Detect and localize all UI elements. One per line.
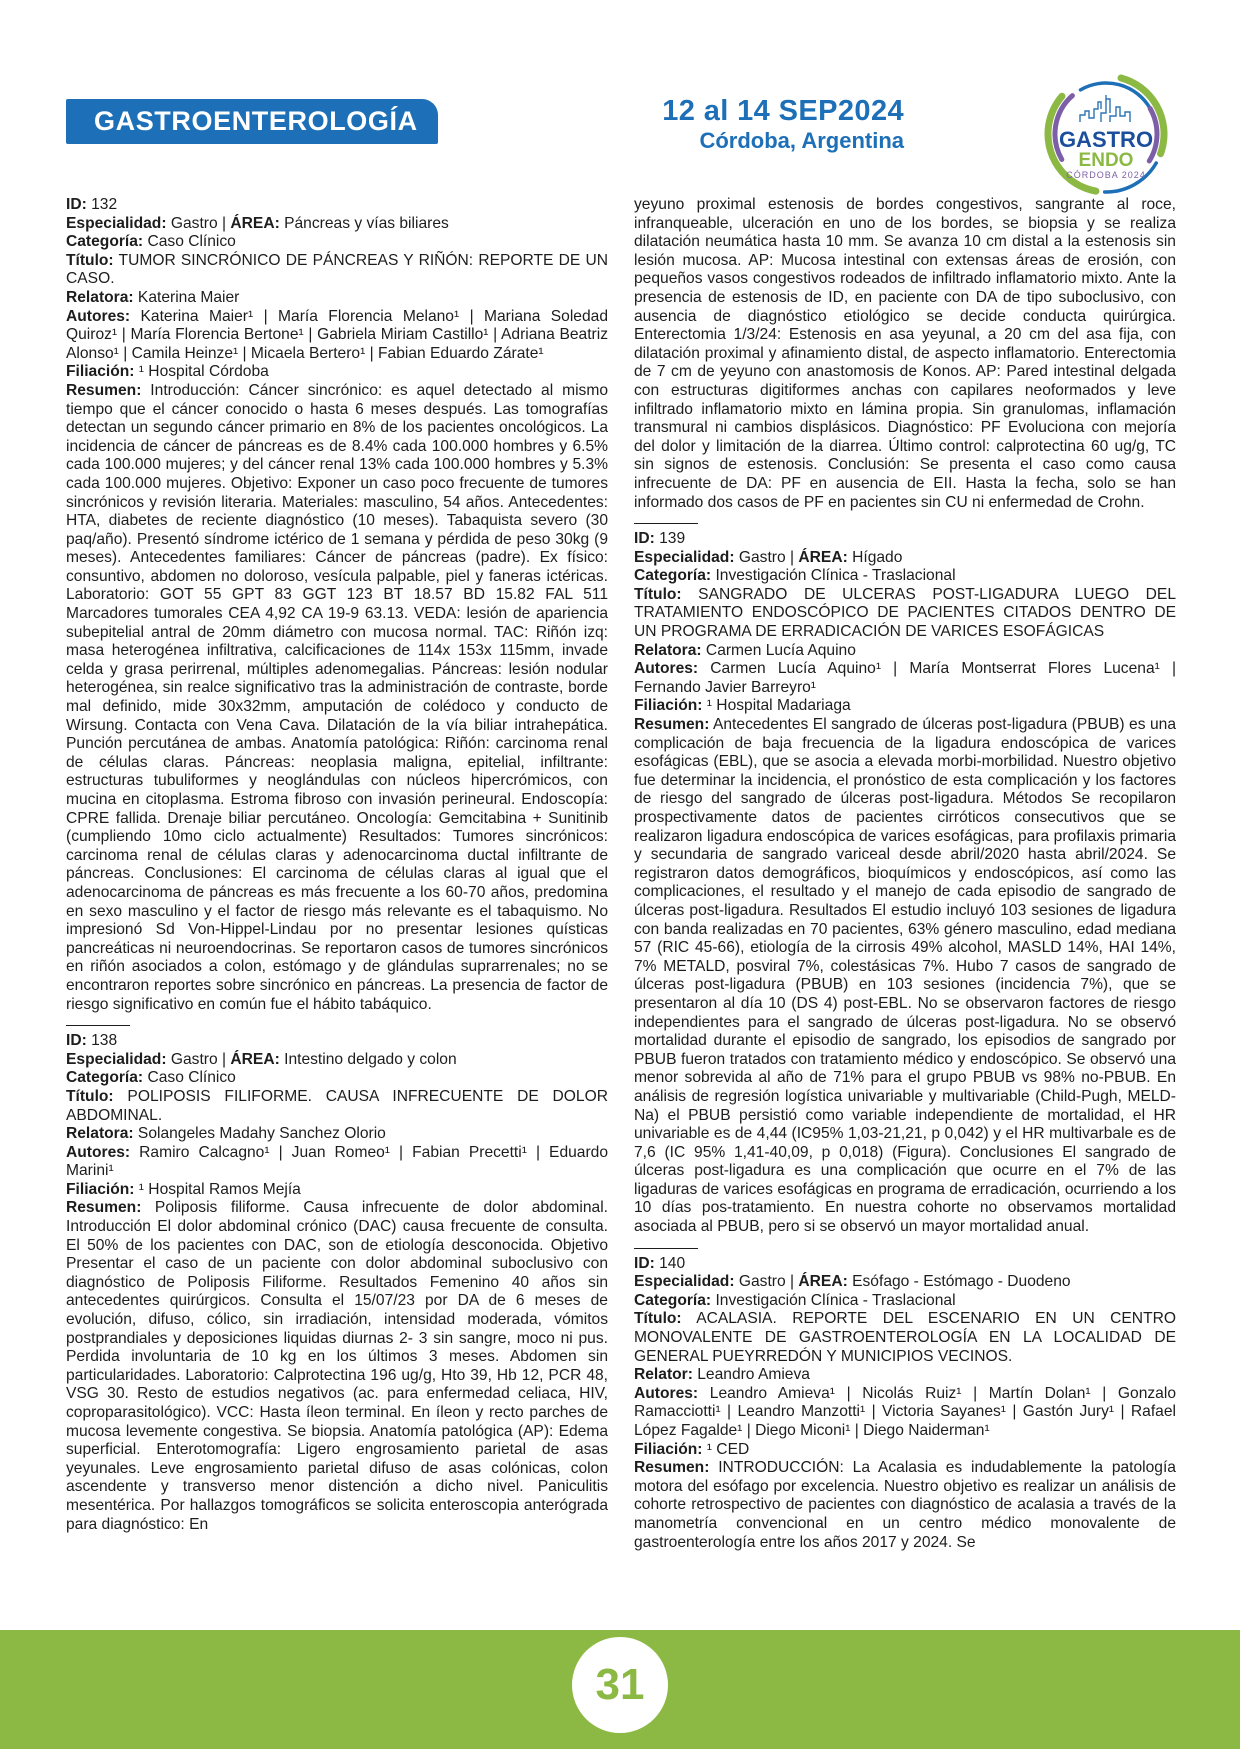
field-label: Filiación:	[634, 697, 702, 714]
abstract-139-paragraph: Categoría: Investigación Clínica - Trasl…	[634, 567, 1176, 586]
abstract-132-paragraph: Resumen: Introducción: Cáncer sincrónico…	[66, 382, 608, 1014]
text-run: Leandro Amieva	[693, 1366, 810, 1383]
text-run: 138	[87, 1032, 117, 1049]
text-run: Gastro |	[735, 1273, 799, 1290]
text-run: ¹ Hospital Córdoba	[134, 363, 268, 380]
text-run: Esófago - Estómago - Duodeno	[848, 1273, 1071, 1290]
field-label: Especialidad:	[66, 1051, 167, 1068]
text-run: Katerina Maier¹ | María Florencia Melano…	[66, 308, 608, 362]
abstract-140-paragraph: ID: 140	[634, 1255, 1176, 1274]
text-run: Antecedentes El sangrado de úlceras post…	[634, 716, 1176, 1235]
text-run: 140	[655, 1255, 685, 1272]
text-run: Carmen Lucía Aquino¹ | María Montserrat …	[634, 660, 1176, 696]
abstract-139-paragraph: Relatora: Carmen Lucía Aquino	[634, 642, 1176, 661]
field-label: Autores:	[634, 660, 698, 677]
abstract-separator	[634, 523, 698, 524]
field-label: Filiación:	[634, 1441, 702, 1458]
page-number: 31	[596, 1660, 645, 1710]
field-label: Título:	[66, 252, 114, 269]
field-label: ÁREA:	[798, 549, 847, 566]
text-run: Poliposis filiforme. Causa infrecuente d…	[66, 1199, 608, 1532]
abstract-138-paragraph: Resumen: Poliposis filiforme. Causa infr…	[66, 1199, 608, 1534]
city-skyline-icon	[1080, 95, 1130, 122]
text-run: Introducción: Cáncer sincrónico: es aque…	[66, 382, 608, 1013]
text-run: Solangeles Madahy Sanchez Olorio	[134, 1125, 386, 1142]
column-left: ID: 132Especialidad: Gastro | ÁREA: Pánc…	[66, 196, 608, 1624]
abstract-139-paragraph: Autores: Carmen Lucía Aquino¹ | María Mo…	[634, 660, 1176, 697]
congress-logo: GASTRO ENDO CÓRDOBA 2024	[1036, 66, 1176, 206]
field-label: Resumen:	[634, 716, 709, 733]
field-label: Categoría:	[66, 1069, 143, 1086]
field-label: Relatora:	[66, 1125, 134, 1142]
abstract-138-paragraph: ID: 138	[66, 1032, 608, 1051]
event-location: Córdoba, Argentina	[662, 128, 904, 154]
field-label: Especialidad:	[66, 215, 167, 232]
text-run: SANGRADO DE ULCERAS POST-LIGADURA LUEGO …	[634, 586, 1176, 640]
text-run: Gastro |	[167, 1051, 231, 1068]
field-label: Especialidad:	[634, 1273, 735, 1290]
abstract-columns: ID: 132Especialidad: Gastro | ÁREA: Pánc…	[66, 196, 1176, 1624]
field-label: ÁREA:	[230, 215, 279, 232]
field-label: Especialidad:	[634, 549, 735, 566]
text-run: yeyuno proximal estenosis de bordes cong…	[634, 196, 1176, 511]
text-run: Carmen Lucía Aquino	[702, 642, 856, 659]
field-label: Autores:	[634, 1385, 698, 1402]
text-run: INTRODUCCIÓN: La Acalasia es indudableme…	[634, 1459, 1176, 1550]
abstract-139-paragraph: Título: SANGRADO DE ULCERAS POST-LIGADUR…	[634, 586, 1176, 642]
field-label: ID:	[66, 1032, 87, 1049]
abstract-139-paragraph: Resumen: Antecedentes El sangrado de úlc…	[634, 716, 1176, 1237]
field-label: Categoría:	[634, 567, 711, 584]
field-label: Categoría:	[634, 1292, 711, 1309]
page-number-badge: 31	[572, 1637, 668, 1733]
logo-text-cordoba: CÓRDOBA 2024	[1066, 170, 1146, 180]
field-label: Resumen:	[634, 1459, 709, 1476]
event-dates: 12 al 14 SEP2024	[662, 94, 904, 128]
abstract-138-paragraph: Título: POLIPOSIS FILIFORME. CAUSA INFRE…	[66, 1088, 608, 1125]
abstract-132-paragraph: Categoría: Caso Clínico	[66, 233, 608, 252]
logo-text-gastro: GASTRO	[1059, 127, 1153, 152]
abstract-132-paragraph: ID: 132	[66, 196, 608, 215]
field-label: Título:	[634, 586, 682, 603]
text-run: Investigación Clínica - Traslacional	[711, 1292, 955, 1309]
field-label: Relatora:	[66, 289, 134, 306]
abstract-separator	[634, 1248, 698, 1249]
field-label: ID:	[634, 530, 655, 547]
field-label: Relatora:	[634, 642, 702, 659]
text-run: Páncreas y vías biliares	[280, 215, 449, 232]
abstract-138-paragraph: Relatora: Solangeles Madahy Sanchez Olor…	[66, 1125, 608, 1144]
field-label: Título:	[634, 1310, 682, 1327]
abstract-138-paragraph: Especialidad: Gastro | ÁREA: Intestino d…	[66, 1051, 608, 1070]
column-right: yeyuno proximal estenosis de bordes cong…	[634, 196, 1176, 1624]
field-label: Filiación:	[66, 1181, 134, 1198]
abstract-140-paragraph: Especialidad: Gastro | ÁREA: Esófago - E…	[634, 1273, 1176, 1292]
field-label: Autores:	[66, 308, 130, 325]
text-run: Caso Clínico	[143, 233, 236, 250]
abstract-140-paragraph: Categoría: Investigación Clínica - Trasl…	[634, 1292, 1176, 1311]
abstract-138-paragraph: Filiación: ¹ Hospital Ramos Mejía	[66, 1181, 608, 1200]
abstract-140-paragraph: Título: ACALASIA. REPORTE DEL ESCENARIO …	[634, 1310, 1176, 1366]
event-header: 12 al 14 SEP2024 Córdoba, Argentina	[662, 94, 904, 154]
abstract-138-continuation-paragraph: yeyuno proximal estenosis de bordes cong…	[634, 196, 1176, 512]
abstract-139: ID: 139Especialidad: Gastro | ÁREA: Híga…	[634, 530, 1176, 1237]
text-run: ACALASIA. REPORTE DEL ESCENARIO EN UN CE…	[634, 1310, 1176, 1364]
text-run: Caso Clínico	[143, 1069, 236, 1086]
text-run: ¹ Hospital Madariaga	[702, 697, 850, 714]
text-run: ¹ Hospital Ramos Mejía	[134, 1181, 300, 1198]
abstract-140: ID: 140Especialidad: Gastro | ÁREA: Esóf…	[634, 1255, 1176, 1553]
document-page: GASTROENTEROLOGÍA 12 al 14 SEP2024 Córdo…	[0, 0, 1240, 1754]
text-run: 139	[655, 530, 685, 547]
text-run: Katerina Maier	[134, 289, 240, 306]
field-label: ID:	[66, 196, 87, 213]
abstract-139-paragraph: Filiación: ¹ Hospital Madariaga	[634, 697, 1176, 716]
section-banner: GASTROENTEROLOGÍA	[66, 99, 438, 144]
text-run: Hígado	[848, 549, 903, 566]
abstract-138: ID: 138Especialidad: Gastro | ÁREA: Inte…	[66, 1032, 608, 1534]
abstract-132-paragraph: Título: TUMOR SINCRÓNICO DE PÁNCREAS Y R…	[66, 252, 608, 289]
abstract-138-paragraph: Autores: Ramiro Calcagno¹ | Juan Romeo¹ …	[66, 1144, 608, 1181]
field-label: Resumen:	[66, 382, 141, 399]
field-label: Título:	[66, 1088, 114, 1105]
text-run: Investigación Clínica - Traslacional	[711, 567, 955, 584]
abstract-132-paragraph: Relatora: Katerina Maier	[66, 289, 608, 308]
abstract-140-paragraph: Autores: Leandro Amieva¹ | Nicolás Ruiz¹…	[634, 1385, 1176, 1441]
field-label: ÁREA:	[798, 1273, 847, 1290]
abstract-139-paragraph: ID: 139	[634, 530, 1176, 549]
field-label: ÁREA:	[230, 1051, 279, 1068]
abstract-140-paragraph: Relator: Leandro Amieva	[634, 1366, 1176, 1385]
abstract-separator	[66, 1025, 130, 1026]
text-run: Leandro Amieva¹ | Nicolás Ruiz¹ | Martín…	[634, 1385, 1176, 1439]
abstract-132-paragraph: Filiación: ¹ Hospital Córdoba	[66, 363, 608, 382]
abstract-139-paragraph: Especialidad: Gastro | ÁREA: Hígado	[634, 549, 1176, 568]
text-run: ¹ CED	[702, 1441, 749, 1458]
text-run: POLIPOSIS FILIFORME. CAUSA INFRECUENTE D…	[66, 1088, 608, 1124]
abstract-132-paragraph: Especialidad: Gastro | ÁREA: Páncreas y …	[66, 215, 608, 234]
abstract-140-paragraph: Filiación: ¹ CED	[634, 1441, 1176, 1460]
field-label: Categoría:	[66, 233, 143, 250]
field-label: Resumen:	[66, 1199, 141, 1216]
text-run: Gastro |	[167, 215, 231, 232]
text-run: TUMOR SINCRÓNICO DE PÁNCREAS Y RIÑÓN: RE…	[66, 252, 608, 288]
logo-text-endo: ENDO	[1079, 150, 1134, 171]
text-run: Gastro |	[735, 549, 799, 566]
abstract-138-continuation: yeyuno proximal estenosis de bordes cong…	[634, 196, 1176, 512]
text-run: Ramiro Calcagno¹ | Juan Romeo¹ | Fabian …	[66, 1144, 608, 1180]
field-label: Filiación:	[66, 363, 134, 380]
text-run: Intestino delgado y colon	[280, 1051, 457, 1068]
abstract-132-paragraph: Autores: Katerina Maier¹ | María Florenc…	[66, 308, 608, 364]
abstract-138-paragraph: Categoría: Caso Clínico	[66, 1069, 608, 1088]
abstract-132: ID: 132Especialidad: Gastro | ÁREA: Pánc…	[66, 196, 608, 1014]
text-run: 132	[87, 196, 117, 213]
field-label: ID:	[634, 1255, 655, 1272]
field-label: Autores:	[66, 1144, 130, 1161]
section-banner-label: GASTROENTEROLOGÍA	[94, 106, 418, 137]
field-label: Relator:	[634, 1366, 693, 1383]
abstract-140-paragraph: Resumen: INTRODUCCIÓN: La Acalasia es in…	[634, 1459, 1176, 1552]
